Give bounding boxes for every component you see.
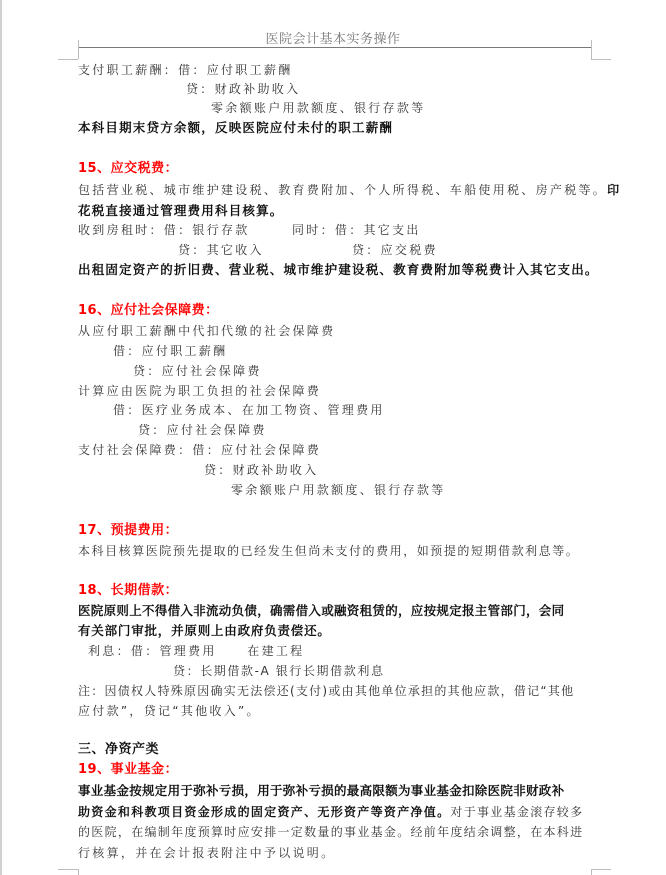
section-16-line9: 零余额账户用款额度、银行存款等 <box>231 480 446 500</box>
page-header-title: 医院会计基本实务操作 <box>0 28 666 47</box>
section-16-line1: 从应付职工薪酬中代扣代缴的社会保障费 <box>78 321 335 341</box>
category-3-heading: 三、净资产类 <box>78 740 159 760</box>
section-18-heading: 18、长期借款： <box>78 581 178 601</box>
section-18-entry-debit: 利息：借：管理费用 在建工程 <box>88 641 304 661</box>
crop-mark-top-left-v <box>78 40 79 59</box>
section-18-note-line2: 应付款”，贷记“其他收入”。 <box>78 701 261 721</box>
section-18-entry-credit: 贷：长期借款-A 银行长期借款利息 <box>173 661 385 681</box>
header-rule <box>78 47 592 48</box>
section-16-line6: 贷：应付社会保障费 <box>138 420 267 440</box>
section-19-desc-line2-bold: 助资金和科教项目资金形成的固定资产、无形资产等资产净值。 <box>78 805 450 819</box>
section-19-desc-line2: 助资金和科教项目资金形成的固定资产、无形资产等资产净值。对于事业基金滚存较多 <box>78 802 583 822</box>
crop-mark-bottom-right-h <box>591 869 611 870</box>
crop-mark-top-left-h <box>58 59 78 60</box>
section-15-summary: 出租固定资产的折旧费、营业税、城市维护建设税、教育费附加等税费计入其它支出。 <box>78 260 599 280</box>
section-16-line5: 借：医疗业务成本、在加工物资、管理费用 <box>113 400 385 420</box>
section-16-heading: 16、应付社会保障费： <box>78 301 219 321</box>
section-16-line7: 支付社会保障费：借：应付社会保障费 <box>78 440 321 460</box>
section-16-line2: 借：应付职工薪酬 <box>113 341 227 361</box>
section-19-desc-line2-normal: 对于事业基金滚存较多 <box>450 805 583 819</box>
wages-entry-credit-cont: 零余额账户用款额度、银行存款等 <box>211 98 426 118</box>
section-18-desc-line2: 有关部门审批，并原则上由政府负责偿还。 <box>78 621 331 641</box>
section-15-entry-right-debit: 同时：借：其它支出 <box>292 220 421 240</box>
crop-mark-bottom-left-h <box>58 869 78 870</box>
wages-entry-credit: 贷：财政补助收入 <box>186 79 300 99</box>
section-18-desc-line1: 医院原则上不得借入非流动负债，确需借入或融资租赁的，应按规定报主管部门，会同 <box>78 601 564 621</box>
section-16-line8: 贷：财政补助收入 <box>204 460 318 480</box>
section-17-desc: 本科目核算医院预先提取的已经发生但尚未支付的费用，如预提的短期借款利息等。 <box>78 541 579 561</box>
section-16-line4: 计算应由医院为职工负担的社会保障费 <box>78 381 321 401</box>
section-19-heading: 19、事业基金： <box>78 760 178 780</box>
wages-summary: 本科目期末贷方余额，反映医院应付未付的职工薪酬 <box>78 118 393 138</box>
crop-mark-bottom-left-v <box>78 869 79 875</box>
section-18-note-line1: 注：因债权人特殊原因确实无法偿还(支付)或由其他单位承担的其他应款，借记“其他 <box>78 681 574 701</box>
crop-mark-top-right-v <box>591 40 592 59</box>
section-15-heading: 15、应交税费： <box>78 159 178 179</box>
section-15-entry-left-debit: 收到房租时：借：银行存款 <box>78 220 250 240</box>
section-19-desc-line1: 事业基金按规定用于弥补亏损，用于弥补亏损的最高限额为事业基金扣除医院非财政补 <box>78 781 564 801</box>
section-17-heading: 17、预提费用： <box>78 521 178 541</box>
section-15-entry-left-credit: 贷：其它收入 <box>178 240 264 260</box>
crop-mark-bottom-right-v <box>591 869 592 875</box>
section-15-desc-line2: 花税直接通过管理费用科目核算。 <box>78 201 284 221</box>
section-16-line3: 贷：应付社会保障费 <box>133 361 262 381</box>
section-15-desc-line1: 包括营业税、城市维护建设税、教育费附加、个人所得税、车船使用税、房产税等。印 <box>78 180 621 200</box>
crop-mark-top-right-h <box>591 59 611 60</box>
page-edge <box>0 0 2 875</box>
section-15-desc-normal: 包括营业税、城市维护建设税、教育费附加、个人所得税、车船使用税、房产税等。 <box>78 183 607 197</box>
section-15-entry-right-credit: 贷：应交税费 <box>352 240 438 260</box>
section-15-desc-bold-start: 印 <box>607 183 621 197</box>
section-19-desc-line3: 的医院，在编制年度预算时应安排一定数量的事业基金。经前年度结余调整，在本科进 <box>78 822 583 842</box>
wages-entry-debit: 支付职工薪酬：借：应付职工薪酬 <box>78 60 293 80</box>
section-19-desc-line4: 行核算，并在会计报表附注中予以说明。 <box>78 843 335 863</box>
